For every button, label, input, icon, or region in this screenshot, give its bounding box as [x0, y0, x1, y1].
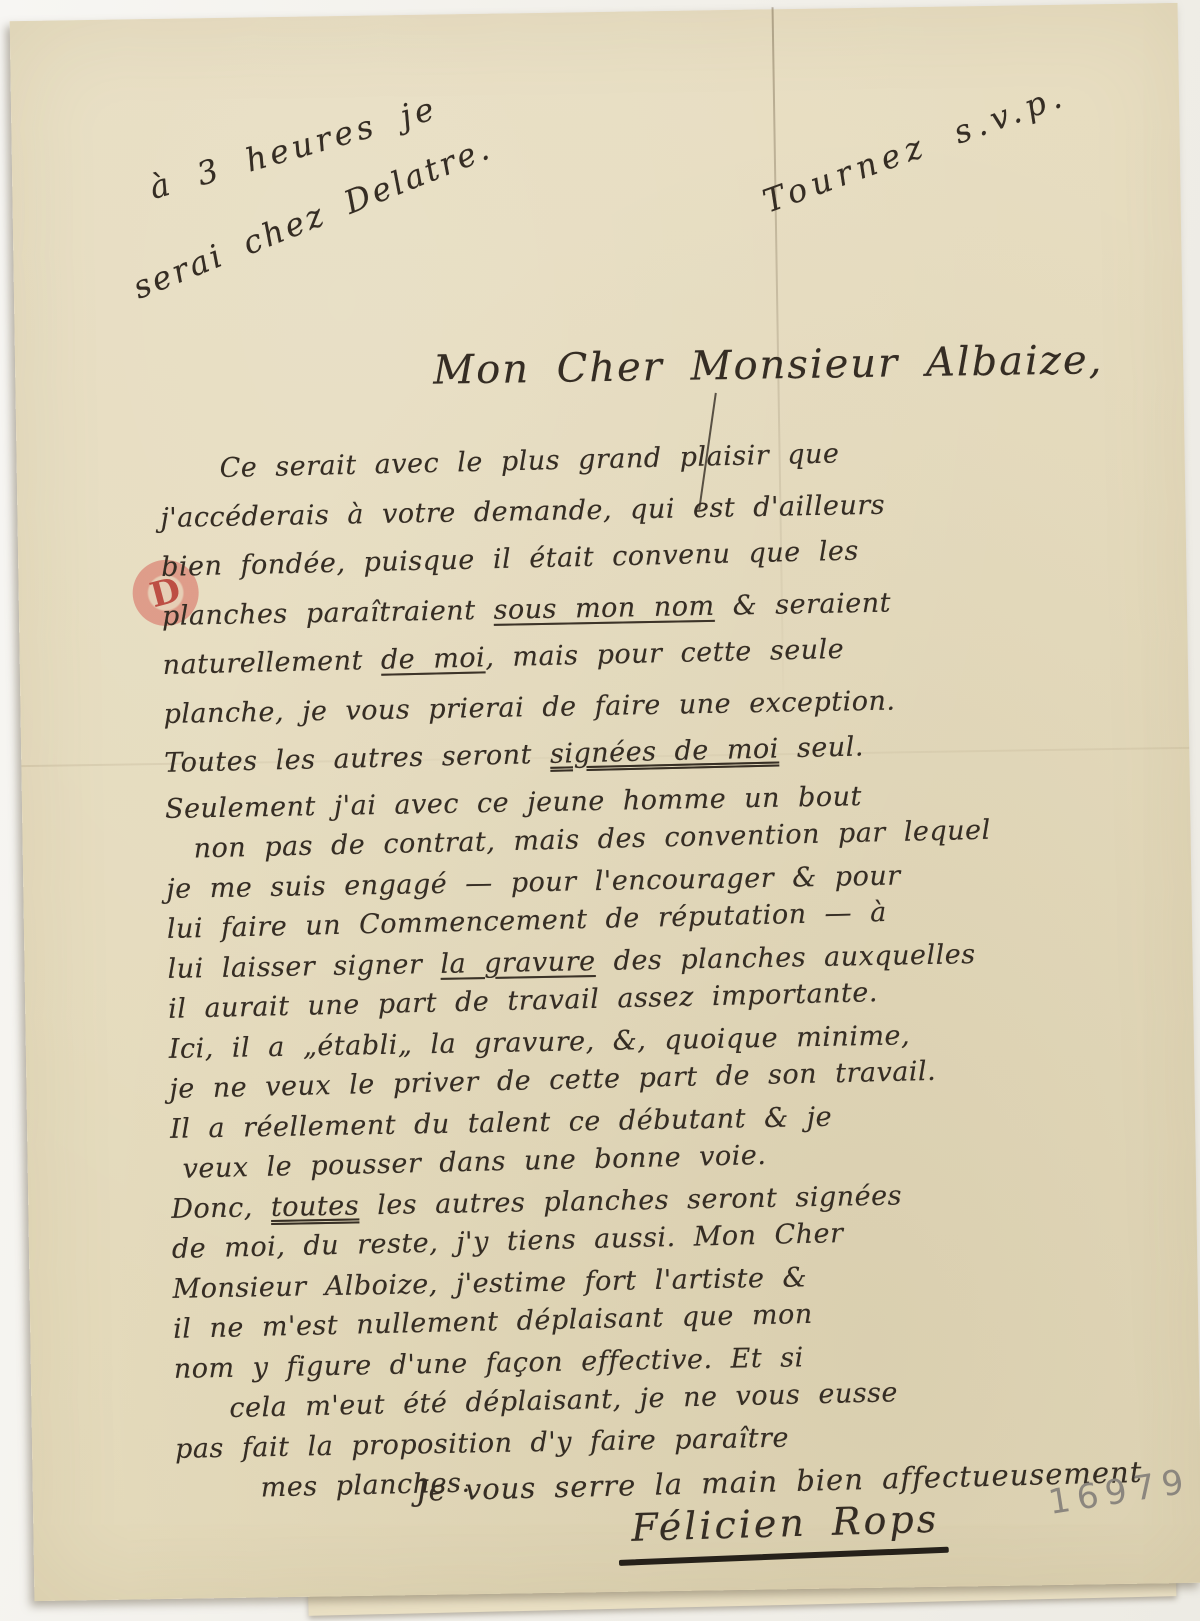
letter-text: naturellement [162, 645, 381, 681]
underlined-phrase: la gravure [440, 946, 596, 980]
letter-text: planches paraîtraient [162, 595, 494, 632]
salutation: Mon Cher Monsieur Albaize, [433, 337, 1104, 394]
underlined-phrase: de moi [381, 642, 486, 675]
letter-text: Donc, [171, 1192, 271, 1225]
signature: Félicien Rops [631, 1497, 940, 1550]
underlined-phrase: toutes [271, 1190, 360, 1223]
letter-text: & seraient [714, 588, 891, 622]
annotation-top-right: Tournez s.v.p. [758, 76, 1072, 221]
letter-text: Ce serait avec le plus grand plaisir que [219, 438, 839, 484]
letter-paper: D à 3 heures je serai chez Delatre. Tour… [10, 3, 1200, 1601]
signature-underline [619, 1547, 949, 1566]
letter-text: seul. [779, 731, 865, 764]
letter-body: Ce serait avec le plus grand plaisir que… [159, 439, 1156, 1514]
underlined-phrase: sous mon nom [493, 591, 715, 626]
underlined-phrase: signées de moi [550, 733, 780, 769]
scan-background: { "colors": { "paper": "#e5dbbd", "backg… [0, 0, 1200, 1621]
letter-text: lui laisser signer [167, 949, 440, 985]
letter-text: des planches auxquelles [595, 939, 976, 977]
